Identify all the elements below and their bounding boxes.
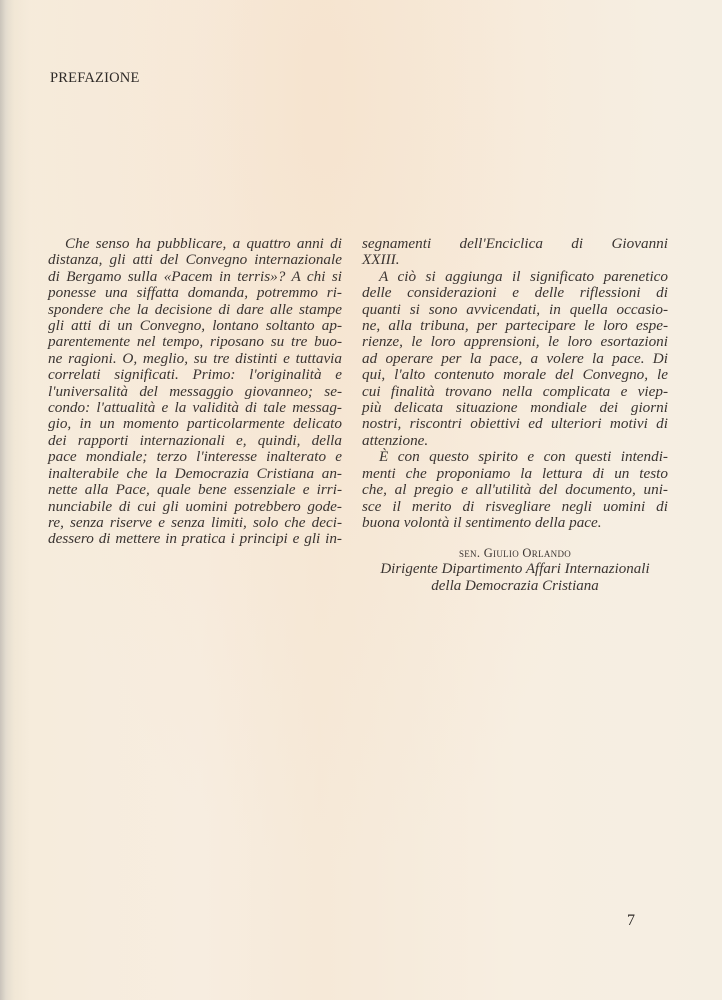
text-line: l'universalità del messaggio giovanneo; … [48,384,342,400]
text-line: nette alla Pace, quale bene essenziale e… [48,482,342,498]
text-line: rienze, le loro apprensioni, le loro eso… [362,334,668,350]
page-number: 7 [627,912,635,930]
text-line: correlati significati. Primo: l'original… [48,367,342,383]
text-line: distanza, gli atti del Convegno internaz… [48,252,342,268]
text-line: È con questo spirito e con questi intend… [362,449,668,465]
text-line: che, al pregio e all'utilità del documen… [362,482,668,498]
text-line: ad operare per la pace, a volere la pace… [362,351,668,367]
text-line: più delicata situazione mondiale dei gio… [362,400,668,416]
text-line: attenzione. [362,433,668,449]
right-text-column: segnamenti dell'Enciclica di Giovanni XX… [362,236,668,531]
text-line: menti che proponiamo la lettura di un te… [362,466,668,482]
signature-block: sen. Giulio Orlando Dirigente Dipartimen… [355,545,675,594]
text-line: quanti si sono avvicendati, in quella oc… [362,302,668,318]
text-line: ponesse una siffatta domanda, potremmo r… [48,285,342,301]
text-line: buona volontà il sentimento della pace. [362,515,668,531]
text-line: dessero di mettere in pratica i principi… [48,531,342,547]
signatory-role: Dirigente Dipartimento Affari Internazio… [355,561,675,578]
text-line: dei rapporti internazionali e, quindi, d… [48,433,342,449]
signatory-name: sen. Giulio Orlando [355,545,675,561]
text-line: sce il merito di risvegliare negli uomin… [362,499,668,515]
text-line: ne ragioni. O, meglio, su tre distinti e… [48,351,342,367]
text-line: cui finalità trovano nella complicata e … [362,384,668,400]
text-line: Che senso ha pubblicare, a quattro anni … [48,236,342,252]
text-line: nunciabile di cui gli uomini potrebbero … [48,499,342,515]
text-line: pace mondiale; terzo l'interesse inalter… [48,449,342,465]
text-line: delle considerazioni e delle riflessioni… [362,285,668,301]
text-line: gli atti di un Convegno, lontano soltant… [48,318,342,334]
section-title: PREFAZIONE [50,70,140,87]
text-line: condo: l'attualità e la validità di tale… [48,400,342,416]
text-line: inalterabile che la Democrazia Cristiana… [48,466,342,482]
text-line: gio, in un momento particolarmente delic… [48,416,342,432]
left-text-column: Che senso ha pubblicare, a quattro anni … [48,236,342,548]
text-line: qui, l'alto contenuto morale del Convegn… [362,367,668,383]
text-line: re, senza riserve e senza limiti, solo c… [48,515,342,531]
signatory-organization: della Democrazia Cristiana [355,578,675,595]
text-line: nostri, riscontri obiettivi ed ulteriori… [362,416,668,432]
text-line: spondere che la decisione di dare alle s… [48,302,342,318]
text-line: segnamenti dell'Enciclica di Giovanni [362,236,668,252]
text-line: parentemente nel tempo, riposano su tre … [48,334,342,350]
text-line: A ciò si aggiunga il significato parenet… [362,269,668,285]
text-line: ne, alla tribuna, per partecipare le lor… [362,318,668,334]
text-line: XXIII. [362,252,668,268]
text-line: di Bergamo sulla «Pacem in terris»? A ch… [48,269,342,285]
